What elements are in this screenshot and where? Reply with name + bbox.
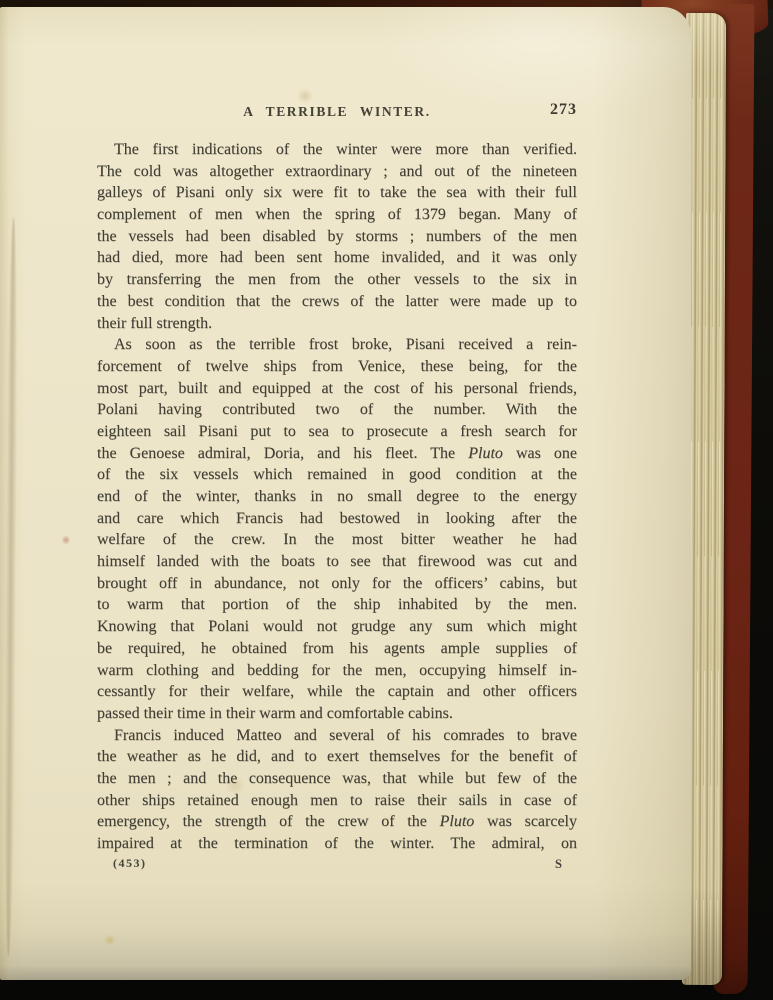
text-line: Polani having contributed two of the num… <box>97 399 577 421</box>
text-line: emergency, the strength of the crew of t… <box>97 811 577 833</box>
paragraph: The first indications of the winter were… <box>97 139 577 334</box>
text-line: be required, he obtained from his agents… <box>97 638 577 660</box>
text-line: galleys of Pisani only six were fit to t… <box>97 182 577 204</box>
text-line: to warm that portion of the ship inhabit… <box>97 594 577 616</box>
signature-mark: S <box>555 857 562 872</box>
text-line: cessantly for their welfare, while the c… <box>97 681 577 703</box>
book-page: A TERRIBLE WINTER. 273 The first indicat… <box>0 7 691 980</box>
paragraph: Francis induced Matteo and several of hi… <box>97 725 577 855</box>
text-line: The first indications of the winter were… <box>97 139 577 161</box>
page-number: 273 <box>550 101 577 119</box>
text-line: the men ; and the consequence was, that … <box>97 768 577 790</box>
text-line: of the six vessels which remained in goo… <box>97 464 577 486</box>
text-line: brought off in abundance, not only for t… <box>97 573 577 595</box>
plate-number: (453) <box>113 856 147 871</box>
foxing-spot <box>62 535 70 545</box>
text-line: forcement of twelve ships from Venice, t… <box>97 356 577 378</box>
text-line: most part, built and equipped at the cos… <box>97 378 577 400</box>
text-line: and care which Francis had bestowed in l… <box>97 508 577 530</box>
page-crease <box>3 217 18 957</box>
text-line: As soon as the terrible frost broke, Pis… <box>97 334 577 356</box>
text-line: Francis induced Matteo and several of hi… <box>97 725 577 747</box>
text-line: The cold was altogether extraordinary ; … <box>97 161 577 183</box>
text-line: other ships retained enough men to raise… <box>97 790 577 812</box>
text-line: the best condition that the crews of the… <box>97 291 577 313</box>
scanned-book-photo: A TERRIBLE WINTER. 273 The first indicat… <box>0 0 773 1000</box>
text-line: impaired at the termination of the winte… <box>97 833 577 855</box>
text-column: A TERRIBLE WINTER. 273 The first indicat… <box>97 7 577 980</box>
text-line: the Genoese admiral, Doria, and his flee… <box>97 443 577 465</box>
text-line: Knowing that Polani would not grudge any… <box>97 616 577 638</box>
text-line: the vessels had been disabled by storms … <box>97 226 577 248</box>
text-line: the weather as he did, and to exert them… <box>97 746 577 768</box>
text-line: warm clothing and bedding for the men, o… <box>97 660 577 682</box>
paragraph: As soon as the terrible frost broke, Pis… <box>97 334 577 724</box>
running-title: A TERRIBLE WINTER. <box>243 104 430 119</box>
text-line: welfare of the crew. In the most bitter … <box>97 529 577 551</box>
body-text: The first indications of the winter were… <box>97 139 577 855</box>
page-footer: (453) S <box>97 856 577 874</box>
text-line: passed their time in their warm and comf… <box>97 703 577 725</box>
text-line: by transferring the men from the other v… <box>97 269 577 291</box>
text-line: himself landed with the boats to see tha… <box>97 551 577 573</box>
text-line: had died, more had been sent home invali… <box>97 247 577 269</box>
text-line: complement of men when the spring of 137… <box>97 204 577 226</box>
running-header: A TERRIBLE WINTER. 273 <box>97 103 577 123</box>
text-line: end of the winter, thanks in no small de… <box>97 486 577 508</box>
text-line: eighteen sail Pisani put to sea to prose… <box>97 421 577 443</box>
text-line: their full strength. <box>97 313 577 335</box>
